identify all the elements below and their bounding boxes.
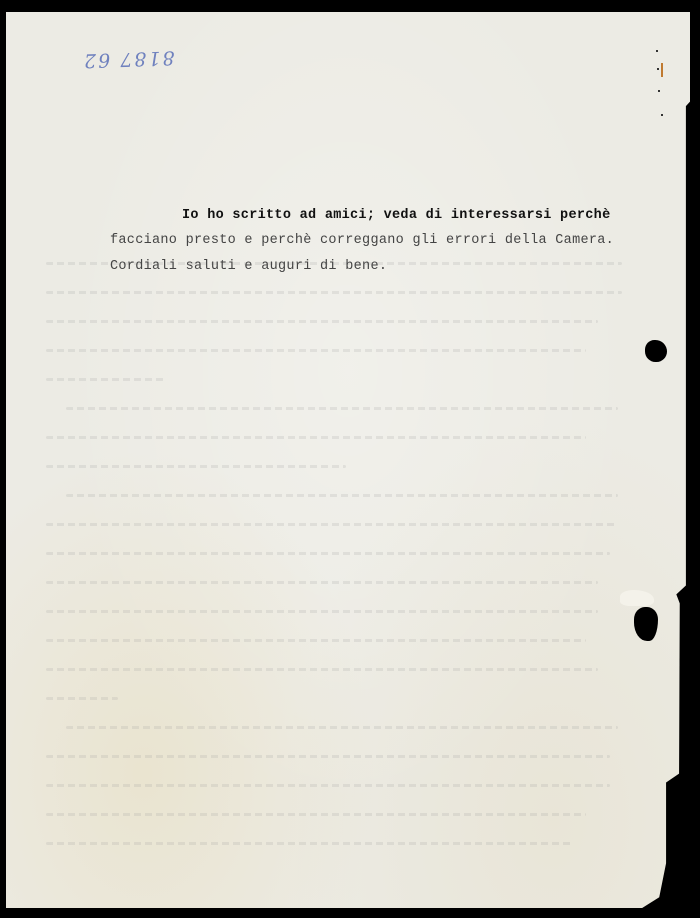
document-page (6, 12, 690, 908)
margin-dot (661, 114, 663, 116)
margin-dot (657, 68, 659, 70)
punch-hole (645, 340, 667, 362)
margin-dot (658, 90, 660, 92)
show-through-texture (46, 262, 646, 871)
typed-line-3: Cordiali saluti e auguri di bene. (110, 259, 387, 274)
typed-line-2: facciano presto e perchè correggano gli … (110, 233, 614, 248)
rust-mark (661, 63, 663, 77)
paper-tear (620, 590, 654, 606)
margin-dot (656, 50, 658, 52)
punch-hole (634, 607, 658, 641)
handwritten-archive-number: 8187 62 (82, 46, 175, 71)
typed-line-1: Io ho scritto ad amici; veda di interess… (182, 208, 610, 223)
